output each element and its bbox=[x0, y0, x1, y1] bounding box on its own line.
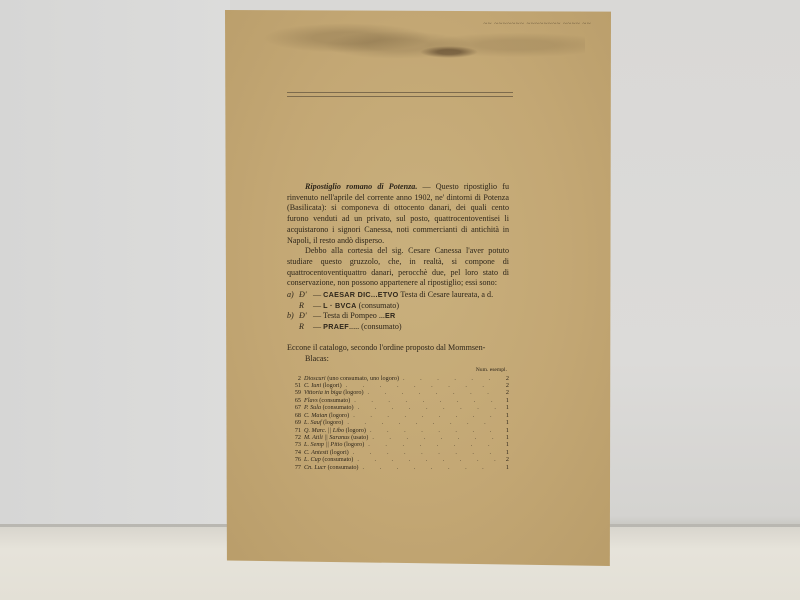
catalog-number: 51 bbox=[287, 382, 304, 389]
catalog-row: 77Cn. Lucr (consumato). . . . . . . . . … bbox=[287, 464, 509, 471]
catalog-count: 1 bbox=[499, 412, 509, 419]
catalog-number: 65 bbox=[287, 397, 304, 404]
catalog-number: 74 bbox=[287, 449, 304, 456]
catalog-table: Num. esempl. 2Dioscuri (uno consumato, u… bbox=[287, 367, 509, 471]
catalog-column-header: Num. esempl. bbox=[287, 367, 509, 374]
catalog-row: 65Flavs (consumato). . . . . . . . . . .… bbox=[287, 397, 509, 404]
coin-line: Ɍ — L · BVCA (consumato) bbox=[287, 301, 509, 312]
article-body: Ripostiglio romano di Potenza. — Questo … bbox=[287, 182, 509, 471]
handwritten-note: ~~ ~~~~~~~ ~~~~~~~~ ~~~~ ~~ bbox=[483, 20, 591, 28]
catalog-row: 69L. Sauf (logoro). . . . . . . . . . . … bbox=[287, 419, 509, 426]
dot-leader: . . . . . . . . . . . . . . . . . . . . … bbox=[366, 427, 499, 434]
catalog-intro: Eccone il catalogo, secondo l'ordine pro… bbox=[287, 343, 509, 364]
header-rule-bottom bbox=[287, 96, 513, 97]
catalog-count: 2 bbox=[499, 456, 509, 463]
catalog-row: 51C. Iuni (logori). . . . . . . . . . . … bbox=[287, 382, 509, 389]
coin-line: b)Ɖ' — Testa di Pompeo ...ER bbox=[287, 311, 509, 322]
dot-leader: . . . . . . . . . . . . . . . . . . . . … bbox=[350, 397, 499, 404]
catalog-count: 2 bbox=[499, 382, 509, 389]
dot-leader: . . . . . . . . . . . . . . . . . . . . … bbox=[342, 382, 499, 389]
coin-descriptions: a)Ɖ' — CAESAR DIC...ETVO Testa di Cesare… bbox=[287, 290, 509, 333]
coin-line: Ɍ — PRAEF..... (consumato) bbox=[287, 322, 509, 333]
catalog-count: 2 bbox=[499, 389, 509, 396]
catalog-row: 67P. Sula (consumato). . . . . . . . . .… bbox=[287, 404, 509, 411]
catalog-count: 2 bbox=[499, 375, 509, 382]
catalog-count: 1 bbox=[499, 419, 509, 426]
paragraph-intro: Ripostiglio romano di Potenza. — Questo … bbox=[287, 182, 509, 246]
catalog-number: 59 bbox=[287, 389, 304, 396]
catalog-entry: C. Antesti (logori) bbox=[304, 449, 349, 456]
catalog-number: 76 bbox=[287, 456, 304, 463]
catalog-entry: Q. Marc. || Libo (logoro) bbox=[304, 427, 366, 434]
article-heading: Ripostiglio romano di Potenza. bbox=[305, 182, 417, 191]
paragraph-acknowledgement: Debbo alla cortesia del sig. Cesare Cane… bbox=[287, 246, 509, 289]
catalog-row: 59Vittoria in biga (logoro). . . . . . .… bbox=[287, 389, 509, 396]
catalog-number: 2 bbox=[287, 375, 304, 382]
catalog-row: 76L. Cup (consumato). . . . . . . . . . … bbox=[287, 456, 509, 463]
dot-leader: . . . . . . . . . . . . . . . . . . . . … bbox=[349, 412, 499, 419]
catalog-row: 74C. Antesti (logori). . . . . . . . . .… bbox=[287, 449, 509, 456]
catalog-count: 1 bbox=[499, 441, 509, 448]
dot-leader: . . . . . . . . . . . . . . . . . . . . … bbox=[364, 441, 499, 448]
catalog-entry: Dioscuri (uno consumato, uno logoro) bbox=[304, 375, 399, 382]
catalog-number: 67 bbox=[287, 404, 304, 411]
catalog-row: 72M. Atili || Saranus (usato). . . . . .… bbox=[287, 434, 509, 441]
catalog-count: 1 bbox=[499, 434, 509, 441]
catalog-row: 68C. Maian (logoro). . . . . . . . . . .… bbox=[287, 412, 509, 419]
catalog-row: 73L. Semp || Pitio (logoro). . . . . . .… bbox=[287, 441, 509, 448]
catalog-entry: L. Sauf (logoro) bbox=[304, 419, 343, 426]
dot-leader: . . . . . . . . . . . . . . . . . . . . … bbox=[359, 464, 500, 471]
catalog-number: 71 bbox=[287, 427, 304, 434]
catalog-number: 73 bbox=[287, 441, 304, 448]
catalog-count: 1 bbox=[499, 404, 509, 411]
catalog-count: 1 bbox=[499, 397, 509, 404]
coin-line: a)Ɖ' — CAESAR DIC...ETVO Testa di Cesare… bbox=[287, 290, 509, 301]
catalog-count: 1 bbox=[499, 427, 509, 434]
catalog-number: 77 bbox=[287, 464, 304, 471]
wall-background bbox=[0, 0, 230, 527]
catalog-entry: Vittoria in biga (logoro) bbox=[304, 389, 364, 396]
dot-leader: . . . . . . . . . . . . . . . . . . . . … bbox=[349, 449, 499, 456]
catalog-count: 1 bbox=[499, 449, 509, 456]
document-page: ~~ ~~~~~~~ ~~~~~~~~ ~~~~ ~~ Ripostiglio … bbox=[225, 10, 611, 566]
dot-leader: . . . . . . . . . . . . . . . . . . . . … bbox=[343, 419, 499, 426]
catalog-number: 72 bbox=[287, 434, 304, 441]
dot-leader: . . . . . . . . . . . . . . . . . . . . … bbox=[399, 375, 499, 382]
catalog-number: 68 bbox=[287, 412, 304, 419]
catalog-entry: Flavs (consumato) bbox=[304, 397, 350, 404]
catalog-row: 71Q. Marc. || Libo (logoro). . . . . . .… bbox=[287, 427, 509, 434]
dot-leader: . . . . . . . . . . . . . . . . . . . . … bbox=[354, 404, 499, 411]
catalog-number: 69 bbox=[287, 419, 304, 426]
header-rule-top bbox=[287, 92, 513, 93]
dot-leader: . . . . . . . . . . . . . . . . . . . . … bbox=[368, 434, 499, 441]
catalog-entry: C. Iuni (logori) bbox=[304, 382, 342, 389]
dot-leader: . . . . . . . . . . . . . . . . . . . . … bbox=[364, 389, 499, 396]
dot-leader: . . . . . . . . . . . . . . . . . . . . … bbox=[353, 456, 499, 463]
catalog-entry: C. Maian (logoro) bbox=[304, 412, 349, 419]
catalog-entry: Cn. Lucr (consumato) bbox=[304, 464, 359, 471]
catalog-rows: 2Dioscuri (uno consumato, uno logoro). .… bbox=[287, 375, 509, 471]
catalog-row: 2Dioscuri (uno consumato, uno logoro). .… bbox=[287, 375, 509, 382]
catalog-entry: M. Atili || Saranus (usato) bbox=[304, 434, 368, 441]
catalog-entry: L. Semp || Pitio (logoro) bbox=[304, 441, 364, 448]
catalog-entry: P. Sula (consumato) bbox=[304, 404, 354, 411]
catalog-count: 1 bbox=[499, 464, 509, 471]
catalog-entry: L. Cup (consumato) bbox=[304, 456, 353, 463]
